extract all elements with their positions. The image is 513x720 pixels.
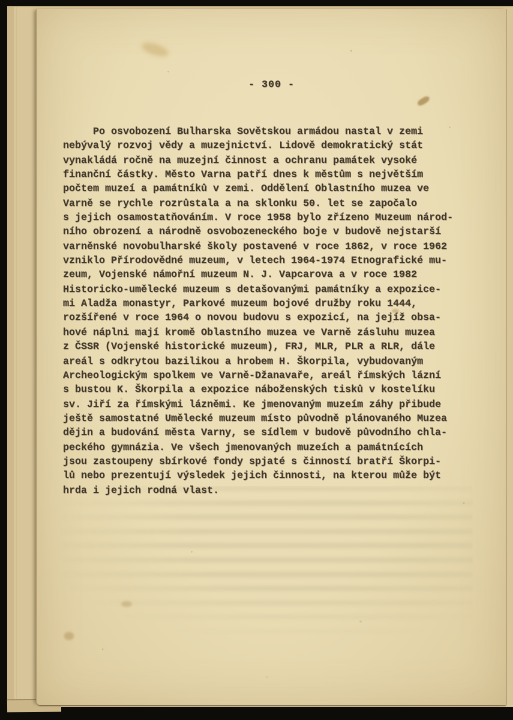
text-line: počtem muzeí a památníků v zemi. Oddělen… bbox=[63, 183, 483, 197]
text-line: mi Aladža monastyr, Parkové muzeum bojov… bbox=[63, 298, 483, 312]
text-line: ního obrození a národně osvobozeneckého … bbox=[63, 226, 483, 240]
text-line: rozšířené v roce 1964 o novou budovu s e… bbox=[63, 312, 483, 326]
text-line: Archeologickým spolkem ve Varně-Džanavař… bbox=[63, 370, 483, 384]
paper-stain bbox=[140, 40, 170, 59]
paper-stain bbox=[64, 632, 74, 640]
scanned-book-page: - 300 - Po osvobození Bulharska Sovětsko… bbox=[36, 9, 507, 705]
text-line: ještě samostatné Umělecké muzeum místo p… bbox=[63, 413, 483, 427]
text-line: z ČSSR (Vojenské historické muzeum), FRJ… bbox=[63, 341, 483, 355]
text-line: zeum, Vojenské námořní muzeum N. J. Vapc… bbox=[63, 269, 483, 283]
text-line: s jejich osamostatňováním. V roce 1958 b… bbox=[63, 212, 483, 226]
text-line: Varně se rychle rozrůstala a na sklonku … bbox=[63, 198, 483, 212]
text-line: dějin a budování města Varny, se sídlem … bbox=[63, 427, 483, 441]
text-line: varněnské novobulharské školy postavené … bbox=[63, 241, 483, 255]
paper-stain bbox=[121, 601, 132, 607]
text-line: nebývalý rozvoj vědy a muzejnictví. Lido… bbox=[63, 140, 483, 154]
text-line: lů nebo prezentují výsledek jejich činno… bbox=[63, 470, 483, 484]
text-line: sv. Jiří za římskými lázněmi. Ke jmenova… bbox=[63, 399, 483, 413]
text-line: jsou zastoupeny sbírkové fondy spjaté s … bbox=[63, 456, 483, 470]
text-line: Historicko-umělecké muzeum s detašovaným… bbox=[63, 284, 483, 298]
page-number: - 300 - bbox=[37, 80, 506, 91]
text-line: Po osvobození Bulharska Sovětskou armádo… bbox=[63, 126, 483, 140]
bleed-through-text bbox=[61, 486, 473, 636]
text-line: areál s odkrytou bazilikou a hrobem H. Š… bbox=[63, 356, 483, 370]
text-line: hrda i jejich rodná vlast. bbox=[63, 485, 483, 499]
text-line: vynakládá ročně na muzejní činnost a och… bbox=[63, 155, 483, 169]
text-line: finanční částky. Město Varna patří dnes … bbox=[63, 169, 483, 183]
text-line: peckého gymnázia. Ve všech jmenovaných m… bbox=[63, 442, 483, 456]
text-line: vzniklo Přírodovědné muzeum, v letech 19… bbox=[63, 255, 483, 269]
text-line: hové náplni mají kromě Oblastního muzea … bbox=[63, 327, 483, 341]
paper-stain bbox=[416, 95, 430, 107]
typewritten-paragraph: Po osvobození Bulharska Sovětskou armádo… bbox=[63, 126, 483, 499]
text-line: s bustou K. Škorpila a expozice nábožens… bbox=[63, 384, 483, 398]
